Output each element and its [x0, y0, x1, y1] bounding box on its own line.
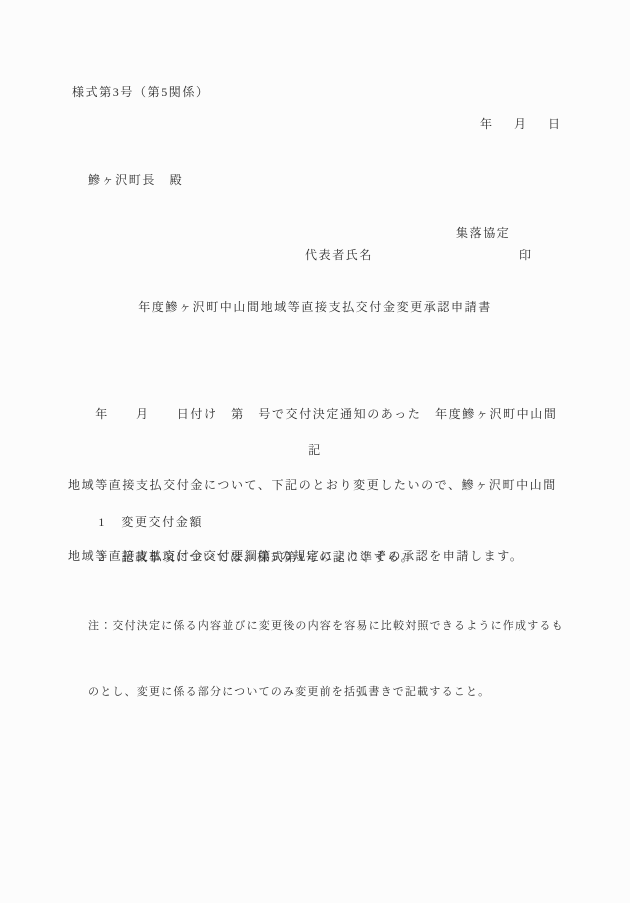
form-number: 様式第3号（第5関係）	[72, 83, 210, 100]
section-marker-ki: 記	[0, 441, 630, 458]
footnote-line-2: のとし、変更に係る部分についてのみ変更前を括弧書きで記載すること。	[88, 681, 564, 703]
body-paragraph-line-2: 地域等直接支払交付金について、下記のとおり変更したいので、鰺ヶ沢町中山間	[68, 474, 557, 498]
list-item-1-text: 変更交付金額	[121, 515, 203, 529]
representative-name-label: 代表者氏名	[305, 246, 373, 263]
footnote-line-1: 注：交付決定に係る内容並びに変更後の内容を容易に比較対照できるように作成するも	[88, 615, 564, 637]
document-title: 年度鰺ヶ沢町中山間地域等直接支払交付金変更承認申請書	[0, 298, 630, 315]
association-label: 集落協定	[456, 224, 510, 241]
list-item-2-number: 2	[98, 550, 121, 565]
footnote: 注：交付決定に係る内容並びに変更後の内容を容易に比較対照できるように作成するも …	[88, 570, 564, 748]
seal-mark: 印	[519, 246, 533, 263]
application-form-page: 様式第3号（第5関係） 年 月 日 鰺ヶ沢町長 殿 集落協定 代表者氏名 印 年…	[0, 0, 630, 903]
list-item-2-text: 記載事項については、様式第1号の記に準ずる。	[121, 550, 414, 564]
addressee-line: 鰺ヶ沢町長 殿	[88, 171, 183, 188]
date-placeholder: 年 月 日	[480, 115, 565, 132]
body-paragraph-line-1: 年 月 日付け 第 号で交付決定通知のあった 年度鰺ヶ沢町中山間	[68, 403, 557, 427]
list-item-1-number: 1	[98, 515, 121, 530]
